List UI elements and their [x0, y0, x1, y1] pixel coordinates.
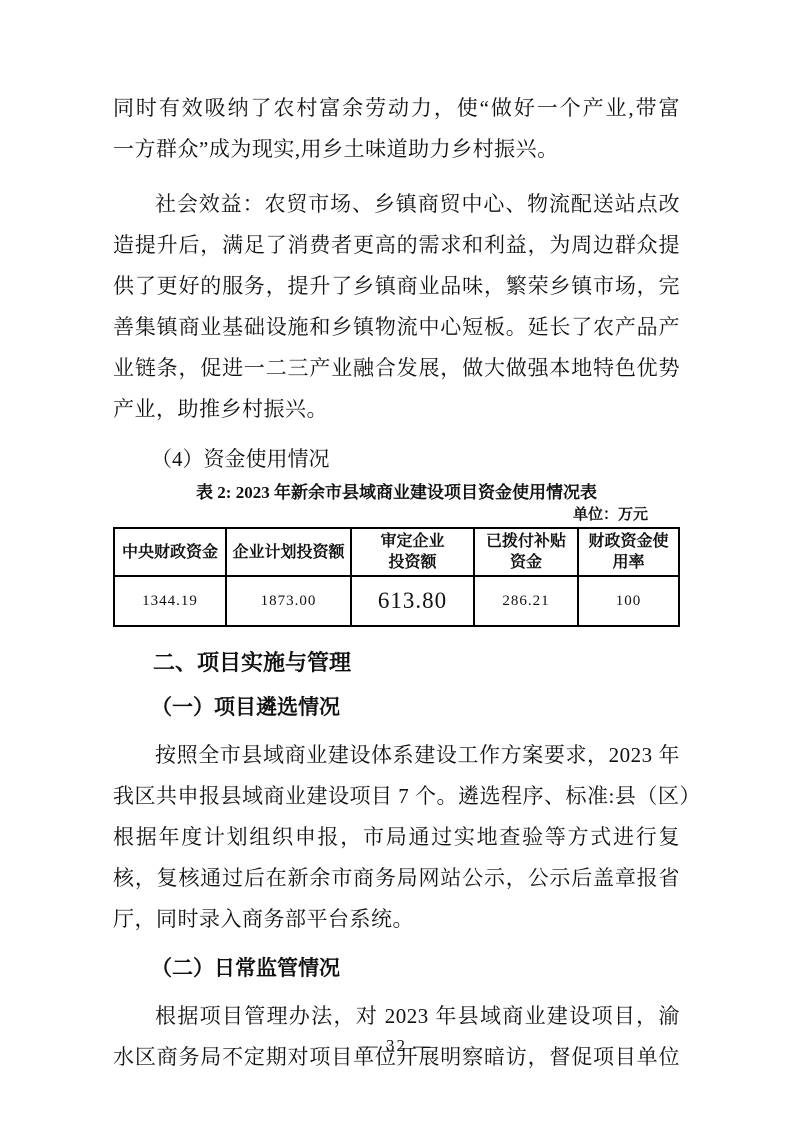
- page-content: 同时有效吸纳了农村富余劳动力，使“做好一个产业,带富 一方群众”成为现实,用乡土…: [113, 88, 680, 1078]
- section-2-heading: 二、项目实施与管理: [153, 647, 680, 679]
- social-benefit-paragraph: 社会效益：农贸市场、乡镇商贸中心、物流配送站点改 造提升后，满足了消费者更高的需…: [113, 184, 680, 430]
- paragraph-line: 善集镇商业基础设施和乡镇物流中心短板。延长了农产品产: [113, 307, 680, 348]
- paragraph-line: 造提升后，满足了消费者更高的需求和利益，为周边群众提: [113, 225, 680, 266]
- paragraph-line: 厅，同时录入商务部平台系统。: [113, 899, 680, 940]
- paragraph-line: 同时有效吸纳了农村富余劳动力，使“做好一个产业,带富: [113, 88, 680, 129]
- page-number: — 32 —: [0, 1036, 793, 1056]
- paragraph-line: 我区共申报县域商业建设项目 7 个。遴选程序、标准:县（区）: [113, 776, 680, 817]
- paragraph-line: 一方群众”成为现实,用乡土味道助力乡村振兴。: [113, 129, 680, 170]
- paragraph-line: 核，复核通过后在新余市商务局网站公示，公示后盖章报省: [113, 858, 680, 899]
- table-header-row: 中央财政资金 企业计划投资额 审定企业 投资额 已拨付补贴 资金 财政资金使 用…: [114, 528, 679, 576]
- selection-paragraph: 按照全市县域商业建设体系建设工作方案要求，2023 年 我区共申报县域商业建设项…: [113, 735, 680, 940]
- paragraph-line: 根据年度计划组织申报，市局通过实地查验等方式进行复: [113, 817, 680, 858]
- table-cell: 100: [578, 576, 679, 626]
- document-page: 同时有效吸纳了农村富余劳动力，使“做好一个产业,带富 一方群众”成为现实,用乡土…: [0, 0, 793, 1122]
- table-cell: 1873.00: [226, 576, 351, 626]
- funding-table: 中央财政资金 企业计划投资额 审定企业 投资额 已拨付补贴 资金 财政资金使 用…: [113, 527, 680, 627]
- table-header-cell: 企业计划投资额: [226, 528, 351, 576]
- table-cell: 1344.19: [114, 576, 226, 626]
- table-header-cell: 审定企业 投资额: [351, 528, 474, 576]
- continuation-paragraph: 同时有效吸纳了农村富余劳动力，使“做好一个产业,带富 一方群众”成为现实,用乡土…: [113, 88, 680, 170]
- table-cell: 286.21: [474, 576, 578, 626]
- subsection-1-heading: （一）项目遴选情况: [151, 691, 680, 723]
- table-row: 1344.19 1873.00 613.80 286.21 100: [114, 576, 679, 626]
- table-header-cell: 已拨付补贴 资金: [474, 528, 578, 576]
- paragraph-line: 按照全市县域商业建设体系建设工作方案要求，2023 年: [113, 735, 680, 776]
- funding-usage-heading: （4）资金使用情况: [151, 442, 680, 476]
- paragraph-line: 供了更好的服务，提升了乡镇商业品味，繁荣乡镇市场，完: [113, 266, 680, 307]
- table-header-cell: 中央财政资金: [114, 528, 226, 576]
- table-title: 表 2: 2023 年新余市县域商业建设项目资金使用情况表: [113, 482, 680, 504]
- paragraph-line: 产业，助推乡村振兴。: [113, 389, 680, 430]
- table-header-cell: 财政资金使 用率: [578, 528, 679, 576]
- table-cell: 613.80: [351, 576, 474, 626]
- paragraph-line: 社会效益：农贸市场、乡镇商贸中心、物流配送站点改: [113, 184, 680, 225]
- paragraph-line: 根据项目管理办法，对 2023 年县域商业建设项目，渝: [113, 996, 680, 1037]
- subsection-2-heading: （二）日常监管情况: [151, 952, 680, 984]
- table-unit-note: 单位：万元: [113, 505, 680, 525]
- paragraph-line: 业链条，促进一二三产业融合发展，做大做强本地特色优势: [113, 348, 680, 389]
